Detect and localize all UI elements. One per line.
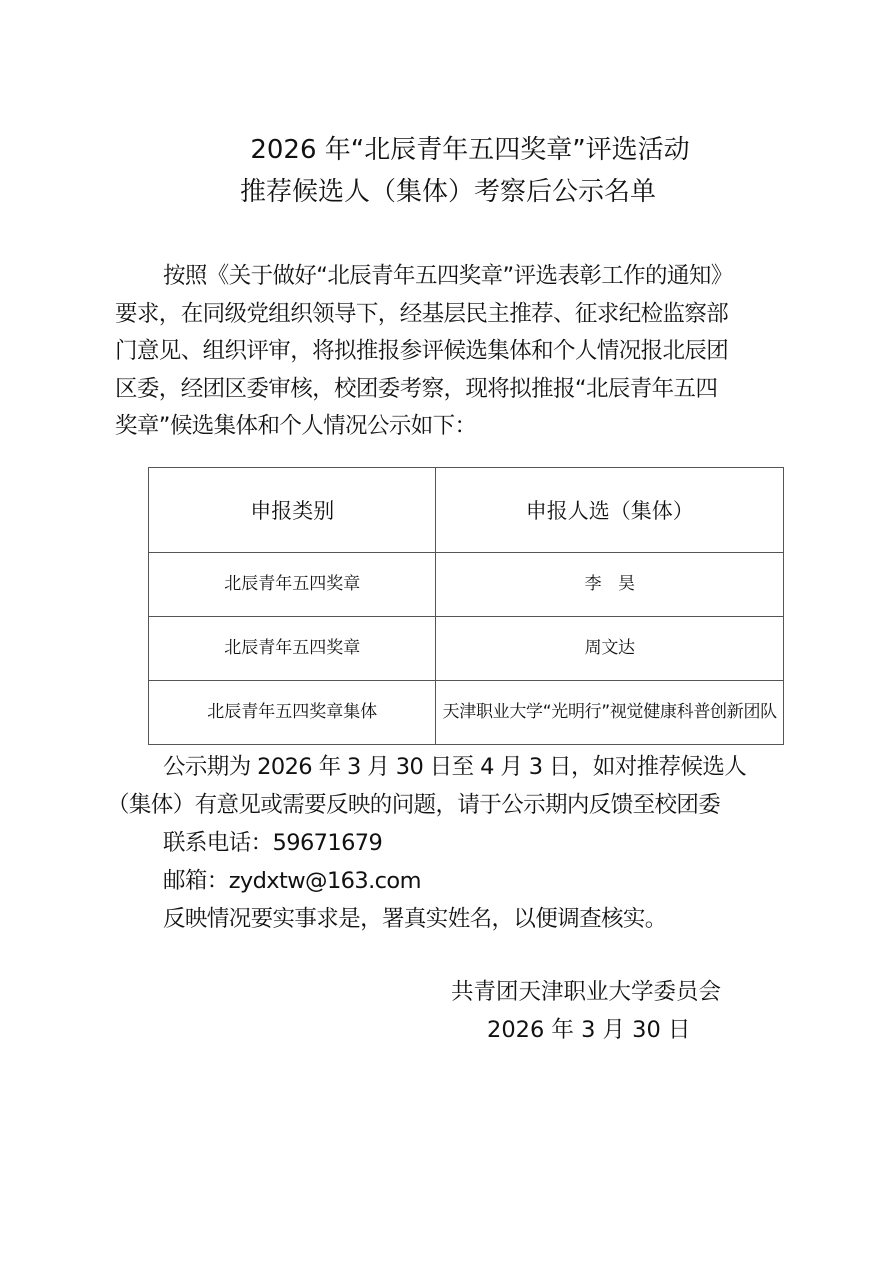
intro-line: 门意见、组织评审，将拟推报参评候选集体和个人情况报北辰团	[115, 333, 785, 371]
document-title-line-2: 推荐候选人（集体）考察后公示名单	[2, 174, 892, 210]
email-address: zydxtw@163.com	[229, 868, 421, 894]
table-row: 北辰青年五四奖章集体 天津职业大学“光明行”视觉健康科普创新团队	[149, 681, 784, 745]
table-row: 北辰青年五四奖章 周文达	[149, 617, 784, 681]
cell-nominee: 李 昊	[436, 553, 784, 617]
email-label: 邮箱：	[163, 868, 229, 894]
cell-nominee: 天津职业大学“光明行”视觉健康科普创新团队	[436, 681, 784, 745]
signature-organization: 共青团天津职业大学委员会	[451, 974, 721, 1010]
note-line: 反映情况要实事求是，署真实姓名，以便调查核实。	[115, 900, 795, 938]
intro-line: 奖章”候选集体和个人情况公示如下：	[115, 408, 785, 446]
closing-section: 公示期为 2026 年 3 月 30 日至 4 月 3 日，如对推荐候选人 （集…	[115, 748, 795, 938]
phone-label: 联系电话：	[163, 830, 273, 856]
cell-category: 北辰青年五四奖章集体	[149, 681, 436, 745]
cell-category: 北辰青年五四奖章	[149, 553, 436, 617]
signature-date: 2026 年 3 月 30 日	[487, 1012, 690, 1048]
period-line-1: 公示期为 2026 年 3 月 30 日至 4 月 3 日，如对推荐候选人	[115, 748, 795, 786]
cell-category: 北辰青年五四奖章	[149, 617, 436, 681]
period-line-2: （集体）有意见或需要反映的问题，请于公示期内反馈至校团委	[107, 786, 795, 824]
intro-paragraph: 按照《关于做好“北辰青年五四奖章”评选表彰工作的通知》 要求，在同级党组织领导下…	[115, 258, 785, 446]
contact-email: 邮箱：zydxtw@163.com	[115, 862, 795, 900]
contact-phone: 联系电话：59671679	[115, 824, 795, 862]
intro-line: 要求，在同级党组织领导下，经基层民主推荐、征求纪检监察部	[115, 296, 785, 334]
cell-nominee: 周文达	[436, 617, 784, 681]
nominee-table: 申报类别 申报人选（集体） 北辰青年五四奖章 李 昊 北辰青年五四奖章 周文达 …	[148, 467, 784, 745]
header-category: 申报类别	[149, 468, 436, 553]
document-title-line-1: 2026 年“北辰青年五四奖章”评选活动	[24, 132, 892, 168]
header-nominee: 申报人选（集体）	[436, 468, 784, 553]
table-header-row: 申报类别 申报人选（集体）	[149, 468, 784, 553]
intro-line: 区委，经团区委审核，校团委考察，现将拟推报“北辰青年五四	[115, 371, 785, 409]
phone-number: 59671679	[273, 830, 383, 856]
intro-line: 按照《关于做好“北辰青年五四奖章”评选表彰工作的通知》	[115, 258, 785, 296]
table-row: 北辰青年五四奖章 李 昊	[149, 553, 784, 617]
